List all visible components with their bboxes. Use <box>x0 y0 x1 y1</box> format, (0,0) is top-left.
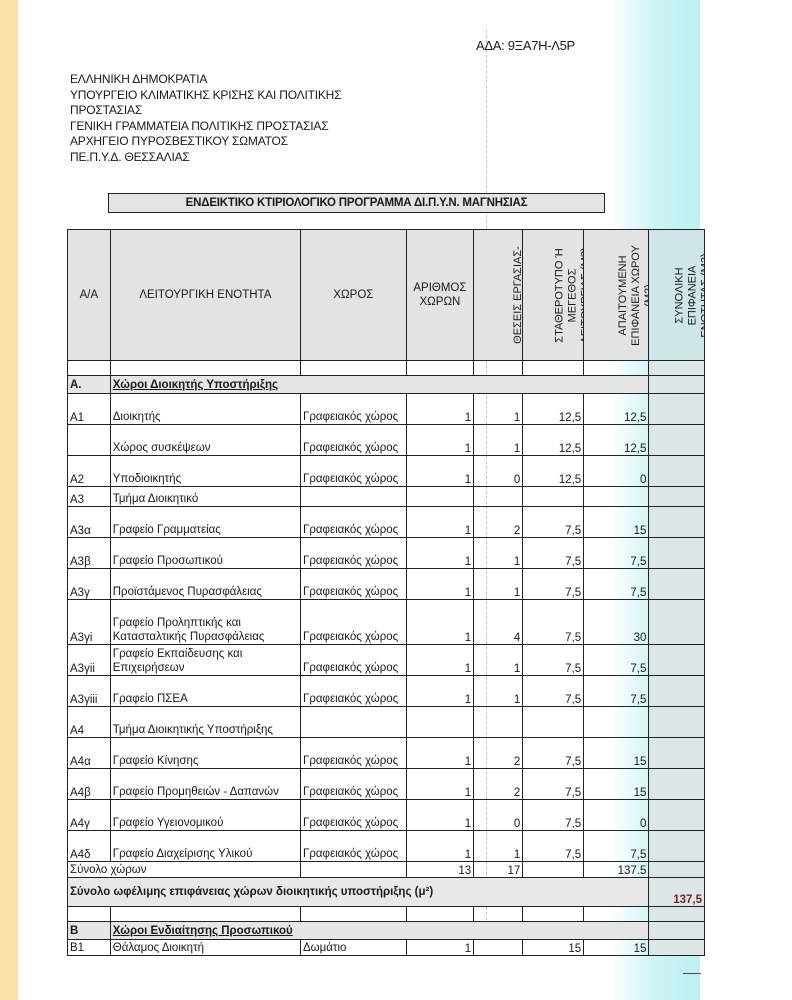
cell-rooms: 1 <box>406 600 473 645</box>
cell-required: 15 <box>584 769 649 800</box>
subtotal-rooms: 13 <box>406 862 473 878</box>
cell-positions: 1 <box>474 425 523 456</box>
cell-space: Γραφειακός χώρος <box>300 600 406 645</box>
cell-positions: 1 <box>474 538 523 569</box>
cell-code: Α3 <box>68 487 111 507</box>
cell-required: 7,5 <box>584 645 649 676</box>
cell-required: 15 <box>584 940 649 956</box>
table-row: Α4γΓραφείο ΥγειονομικούΓραφειακός χώρος1… <box>68 800 705 831</box>
cell-required: 15 <box>584 507 649 538</box>
cell-standard <box>523 707 584 738</box>
cell-rooms: 1 <box>406 425 473 456</box>
cell-standard: 7,5 <box>523 538 584 569</box>
total-area-label: Σύνολο ωφέλιμης επιφάνειας χώρων διοικητ… <box>68 878 649 907</box>
section-b-row: ΒΧώροι Ενδιαίτησης Προσωπικού <box>68 922 705 940</box>
cell-space: Γραφειακός χώρος <box>300 569 406 600</box>
col-header-aa: Α/Α <box>68 230 111 361</box>
spacer-row <box>68 361 705 376</box>
table-row: Α3αΓραφείο ΓραμματείαςΓραφειακός χώρος12… <box>68 507 705 538</box>
scan-left-edge <box>0 0 18 1000</box>
cell-positions: 1 <box>474 831 523 862</box>
cell-code: Α3γ <box>68 569 111 600</box>
header-line: ΠΡΟΣΤΑΣΙΑΣ <box>70 103 341 119</box>
table-row: Α1ΔιοικητήςΓραφειακός χώρος1112,512,5 <box>68 394 705 425</box>
col-header-rooms: ΑΡΙΘΜΟΣ ΧΩΡΩΝ <box>406 230 473 361</box>
cell-code: Α4γ <box>68 800 111 831</box>
ada-code: ΑΔΑ: 9ΞΑ7Η-Λ5Ρ <box>476 38 575 53</box>
cell-total <box>649 922 705 940</box>
cell-rooms: 1 <box>406 456 473 487</box>
cell-space: Γραφειακός χώρος <box>300 645 406 676</box>
cell-code: Α1 <box>68 394 111 425</box>
table-row: Α4αΓραφείο ΚίνησηςΓραφειακός χώρος127,51… <box>68 738 705 769</box>
col-header-required-area: ΑΠΑΙΤΟΥΜΕΝΗΕΠΙΦΑΝΕΙΑ ΧΩΡΟΥ(Μ2) <box>584 230 649 361</box>
cell-rooms <box>406 487 473 507</box>
cell-unit: Προϊστάμενος Πυρασφάλειας <box>110 569 300 600</box>
cell-rooms <box>406 707 473 738</box>
cell-code: Α4β <box>68 769 111 800</box>
cell-total <box>649 738 705 769</box>
cell-code <box>68 425 111 456</box>
building-program-table: Α/Α ΛΕΙΤΟΥΡΓΙΚΗ ΕΝΟΤΗΤΑ ΧΩΡΟΣ ΑΡΙΘΜΟΣ ΧΩ… <box>67 229 705 956</box>
cell-total <box>649 456 705 487</box>
table-row: Α3γiΓραφείο Προληπτικής και Κατασταλτική… <box>68 600 705 645</box>
cell-total <box>649 707 705 738</box>
cell-unit: Γραφείο ΠΣΕΑ <box>110 676 300 707</box>
cell-required: 12,5 <box>584 425 649 456</box>
cell-positions: 2 <box>474 769 523 800</box>
cell-total <box>649 600 705 645</box>
cell-code: Α4δ <box>68 831 111 862</box>
cell-standard: 7,5 <box>523 600 584 645</box>
subtotal-label: Σύνολο χώρων <box>68 862 301 878</box>
cell-unit: Γραφείο Υγειονομικού <box>110 800 300 831</box>
cell-positions <box>474 940 523 956</box>
cell-space: Γραφειακός χώρος <box>300 800 406 831</box>
table-row: Α3βΓραφείο ΠροσωπικούΓραφειακός χώρος117… <box>68 538 705 569</box>
cell-rooms: 1 <box>406 800 473 831</box>
cell-code: Α3γiii <box>68 676 111 707</box>
cell-space: Γραφειακός χώρος <box>300 738 406 769</box>
section-code: Α. <box>68 376 111 394</box>
cell-total <box>649 569 705 600</box>
cell-standard <box>523 487 584 507</box>
cell-code: Α3γi <box>68 600 111 645</box>
issuer-header: ΕΛΛΗΝΙΚΗ ΔΗΜΟΚΡΑΤΙΑ ΥΠΟΥΡΓΕΙΟ ΚΛΙΜΑΤΙΚΗΣ… <box>70 72 341 165</box>
cell-standard: 7,5 <box>523 507 584 538</box>
cell-required: 15 <box>584 738 649 769</box>
cell-required: 0 <box>584 800 649 831</box>
cell-total <box>649 507 705 538</box>
cell-rooms: 1 <box>406 569 473 600</box>
total-area-row: Σύνολο ωφέλιμης επιφάνειας χώρων διοικητ… <box>68 878 705 907</box>
cell-required: 7,5 <box>584 831 649 862</box>
subtotal-positions: 17 <box>474 862 523 878</box>
cell-unit: Τμήμα Διοικητικό <box>110 487 300 507</box>
cell-rooms: 1 <box>406 507 473 538</box>
cell-rooms: 1 <box>406 738 473 769</box>
cell-positions: 2 <box>474 738 523 769</box>
cell-required: 0 <box>584 456 649 487</box>
cell-space: Γραφειακός χώρος <box>300 831 406 862</box>
cell-total <box>649 862 705 878</box>
empty-cell <box>110 907 300 922</box>
cell-unit: Γραφείο Γραμματείας <box>110 507 300 538</box>
section-code: Β <box>68 922 111 940</box>
cell-rooms: 1 <box>406 940 473 956</box>
empty-cell <box>474 907 523 922</box>
scan-right-margin <box>700 0 792 1000</box>
cell-unit: Διοικητής <box>110 394 300 425</box>
cell-space <box>300 862 406 878</box>
cell-space: Γραφειακός χώρος <box>300 538 406 569</box>
cell-unit: Γραφείο Εκπαίδευσης και Επιχειρήσεων <box>110 645 300 676</box>
cell-space: Δωμάτιο <box>300 940 406 956</box>
table-row: Α3Τμήμα Διοικητικό <box>68 487 705 507</box>
cell-code: Α2 <box>68 456 111 487</box>
cell-standard: 12,5 <box>523 394 584 425</box>
cell-code: Α3γii <box>68 645 111 676</box>
cell-unit: Θάλαμος Διοικητή <box>110 940 300 956</box>
cell-total <box>649 800 705 831</box>
cell-standard: 7,5 <box>523 831 584 862</box>
cell-total <box>649 394 705 425</box>
cell-standard: 7,5 <box>523 569 584 600</box>
cell-standard: 12,5 <box>523 425 584 456</box>
empty-cell <box>649 907 705 922</box>
empty-cell <box>300 907 406 922</box>
cell-space: Γραφειακός χώρος <box>300 676 406 707</box>
cell-unit: Γραφείο Προμηθειών - Δαπανών <box>110 769 300 800</box>
cell-unit: Γραφείο Προσωπικού <box>110 538 300 569</box>
cell-positions <box>474 707 523 738</box>
cell-positions: 1 <box>474 676 523 707</box>
cell-code: Α4α <box>68 738 111 769</box>
header-line: ΓΕΝΙΚΗ ΓΡΑΜΜΑΤΕΙΑ ΠΟΛΙΤΙΚΗΣ ΠΡΟΣΤΑΣΙΑΣ <box>70 119 341 135</box>
cell-positions: 2 <box>474 507 523 538</box>
cell-space: Γραφειακός χώρος <box>300 507 406 538</box>
cell-space <box>300 707 406 738</box>
cell-code: Α3α <box>68 507 111 538</box>
cell-positions: 1 <box>474 569 523 600</box>
cell-required: 7,5 <box>584 569 649 600</box>
section-title: Χώροι Διοικητής Υποστήριξης <box>110 376 649 394</box>
cell-total <box>649 769 705 800</box>
header-line: ΥΠΟΥΡΓΕΙΟ ΚΛΙΜΑΤΙΚΗΣ ΚΡΙΣΗΣ ΚΑΙ ΠΟΛΙΤΙΚΗ… <box>70 88 341 104</box>
empty-cell <box>68 907 111 922</box>
cell-standard: 7,5 <box>523 645 584 676</box>
col-header-standard: ΣΤΑΘΕΡΟΤΥΠΟ ΉΜΕΓΕΘΟΣΛΕΙΤΟΥΡΓΙΑΣ (Μ2) <box>523 230 584 361</box>
cell-unit: Χώρος συσκέψεων <box>110 425 300 456</box>
cell-total <box>649 940 705 956</box>
cell-code: Α4 <box>68 707 111 738</box>
subtotal-required: 137.5 <box>584 862 649 878</box>
cell-total <box>649 831 705 862</box>
cell-positions: 0 <box>474 456 523 487</box>
col-header-total-area: ΣΥΝΟΛΙΚΗΕΠΙΦΑΝΕΙΑΕΝΟΤΗΤΑΣ (Μ2) <box>649 230 705 361</box>
empty-cell <box>406 907 473 922</box>
cell-positions <box>474 487 523 507</box>
cell-standard: 7,5 <box>523 769 584 800</box>
table-row: Α4βΓραφείο Προμηθειών - ΔαπανώνΓραφειακό… <box>68 769 705 800</box>
cell-standard: 7,5 <box>523 676 584 707</box>
table-row: Α4Τμήμα Διοικητικής Υποστήριξης <box>68 707 705 738</box>
table-row: Α4δΓραφείο Διαχείρισης ΥλικούΓραφειακός … <box>68 831 705 862</box>
cell-total <box>649 676 705 707</box>
cell-total <box>649 425 705 456</box>
empty-cell <box>584 907 649 922</box>
cell-standard: 15 <box>523 940 584 956</box>
cell-required: 7,5 <box>584 538 649 569</box>
cell-rooms: 1 <box>406 645 473 676</box>
total-area-value: 137,5 <box>649 878 705 907</box>
cell-total <box>649 487 705 507</box>
cell-rooms: 1 <box>406 831 473 862</box>
table-row: Χώρος συσκέψεωνΓραφειακός χώρος1112,512,… <box>68 425 705 456</box>
section-a-row: Α. Χώροι Διοικητής Υποστήριξης <box>68 376 705 394</box>
cell-required: 7,5 <box>584 676 649 707</box>
header-line: ΑΡΧΗΓΕΙΟ ΠΥΡΟΣΒΕΣΤΙΚΟΥ ΣΩΜΑΤΟΣ <box>70 134 341 150</box>
cell-space: Γραφειακός χώρος <box>300 769 406 800</box>
cell-space <box>300 487 406 507</box>
cell-unit: Τμήμα Διοικητικής Υποστήριξης <box>110 707 300 738</box>
cell-required <box>584 707 649 738</box>
table-row: Α2ΥποδιοικητήςΓραφειακός χώρος1012,50 <box>68 456 705 487</box>
cell-positions: 0 <box>474 800 523 831</box>
cell-unit: Γραφείο Διαχείρισης Υλικού <box>110 831 300 862</box>
header-line: ΠΕ.Π.Υ.Δ. ΘΕΣΣΑΛΙΑΣ <box>70 150 341 166</box>
cell-standard: 12,5 <box>523 456 584 487</box>
cell-required: 30 <box>584 600 649 645</box>
cell-standard: 7,5 <box>523 800 584 831</box>
cell-positions: 4 <box>474 600 523 645</box>
cell-rooms: 1 <box>406 394 473 425</box>
cell-code: Β1 <box>68 940 111 956</box>
cell-rooms: 1 <box>406 769 473 800</box>
subtotal-row: Σύνολο χώρων1317137.5 <box>68 862 705 878</box>
table-row: Α3γΠροϊστάμενος ΠυρασφάλειαςΓραφειακός χ… <box>68 569 705 600</box>
cell-positions: 1 <box>474 645 523 676</box>
table-header-row: Α/Α ΛΕΙΤΟΥΡΓΙΚΗ ΕΝΟΤΗΤΑ ΧΩΡΟΣ ΑΡΙΘΜΟΣ ΧΩ… <box>68 230 705 361</box>
cell-positions: 1 <box>474 394 523 425</box>
cell-total <box>649 645 705 676</box>
cell-unit: Γραφείο Κίνησης <box>110 738 300 769</box>
cell-space: Γραφειακός χώρος <box>300 456 406 487</box>
cell-standard: 7,5 <box>523 738 584 769</box>
scan-mark <box>683 973 701 974</box>
cell-space: Γραφειακός χώρος <box>300 425 406 456</box>
cell-required: 12,5 <box>584 394 649 425</box>
col-header-positions: ΘΕΣΕΙΣ ΕΡΓΑΣΙΑΣ-ΑΤΟΜΑ <box>474 230 523 361</box>
cell-unit: Υποδιοικητής <box>110 456 300 487</box>
col-header-unit: ΛΕΙΤΟΥΡΓΙΚΗ ΕΝΟΤΗΤΑ <box>110 230 300 361</box>
table-row: Β1Θάλαμος ΔιοικητήΔωμάτιο11515 <box>68 940 705 956</box>
cell-rooms: 1 <box>406 538 473 569</box>
header-line: ΕΛΛΗΝΙΚΗ ΔΗΜΟΚΡΑΤΙΑ <box>70 72 341 88</box>
table-row: Α3γiiiΓραφείο ΠΣΕΑΓραφειακός χώρος117,57… <box>68 676 705 707</box>
section-title: Χώροι Ενδιαίτησης Προσωπικού <box>110 922 649 940</box>
cell-space: Γραφειακός χώρος <box>300 394 406 425</box>
cell-unit: Γραφείο Προληπτικής και Κατασταλτικής Πυ… <box>110 600 300 645</box>
document-title: ΕΝΔΕΙΚΤΙΚΟ ΚΤΙΡΙΟΛΟΓΙΚΟ ΠΡΟΓΡΑΜΜΑ ΔΙ.Π.Υ… <box>108 193 605 213</box>
table-row: Α3γiiΓραφείο Εκπαίδευσης και Επιχειρήσεω… <box>68 645 705 676</box>
cell-code: Α3β <box>68 538 111 569</box>
empty-cell <box>523 907 584 922</box>
cell-standard <box>523 862 584 878</box>
cell-total <box>649 538 705 569</box>
cell-rooms: 1 <box>406 676 473 707</box>
cell-required <box>584 487 649 507</box>
col-header-space: ΧΩΡΟΣ <box>300 230 406 361</box>
spacer-row <box>68 907 705 922</box>
